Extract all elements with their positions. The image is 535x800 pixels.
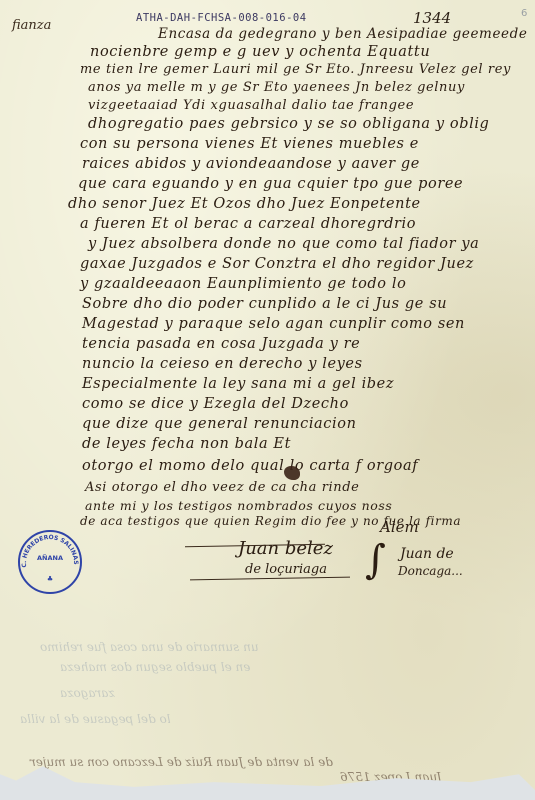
manuscript-line: nocienbre gemp e g uev y ochenta Equattu bbox=[90, 44, 430, 60]
manuscript-line: de leyes fecha non bala Et bbox=[82, 436, 291, 452]
manuscript-line: me tien lre gemer Lauri mil ge Sr Eto. J… bbox=[80, 62, 511, 77]
manuscript-line: dho senor Juez Et Ozos dho Juez Eonpeten… bbox=[68, 196, 421, 212]
bleed-through-text: zaragoza bbox=[60, 686, 115, 700]
ink-blot bbox=[284, 466, 300, 480]
margin-note: fianza bbox=[12, 18, 51, 33]
manuscript-line: gaxae Juzgados e Sor Conztra el dho regi… bbox=[80, 256, 474, 272]
manuscript-page: un sunnario de una cosa fue rehimo en el… bbox=[0, 0, 535, 790]
manuscript-line: Encasa da gedegrano y ben Aesipadiae gee… bbox=[158, 26, 527, 42]
manuscript-line: que cara eguando y en gua cquier tpo gue… bbox=[78, 176, 463, 192]
manuscript-line: otorgo el momo delo qual lo carta f orgo… bbox=[82, 458, 418, 474]
manuscript-line: dhogregatio paes gebrsico y se so obliga… bbox=[88, 116, 489, 132]
bleed-through-text: Juan Lopez 1576 bbox=[340, 770, 442, 784]
manuscript-line: Especialmente la ley sana mi a gel ibez bbox=[82, 376, 394, 392]
manuscript-line: Asi otorgo el dho veez de ca cha rinde bbox=[85, 480, 359, 495]
bleed-through-text: lo del pegasue de la villa bbox=[20, 712, 171, 726]
svg-text:C. HEREDEROS SALINAS: C. HEREDEROS SALINAS bbox=[21, 534, 79, 568]
manuscript-line: con su persona vienes Et vienes muebles … bbox=[80, 136, 419, 152]
manuscript-line: anos ya melle m y ge Sr Eto yaenees Jn b… bbox=[88, 80, 465, 95]
manuscript-line: vizgeetaaiad Ydi xguasalhal dalio tae fr… bbox=[88, 98, 414, 113]
manuscript-line: raices abidos y aviondeaandose y aaver g… bbox=[82, 156, 420, 172]
signature-flourish: Alem bbox=[380, 518, 419, 536]
club-icon: ♣ bbox=[20, 575, 80, 583]
signature-surname: de loçuriaga bbox=[245, 562, 327, 577]
bleed-through-text: en el pueblo segun dos maheza bbox=[60, 660, 250, 674]
folio-number: 1344 bbox=[413, 9, 451, 27]
signature-name: Juan de bbox=[400, 546, 454, 562]
manuscript-line: Sobre dho dio poder cunplido a le ci Jus… bbox=[82, 296, 447, 312]
bleed-through-text: de la venta de Juan Ruiz de Lezcano con … bbox=[30, 755, 333, 769]
notary-sign-flourish: ∫ bbox=[365, 540, 386, 580]
manuscript-line: Magestad y paraque selo agan cunplir com… bbox=[82, 316, 465, 332]
archive-reference: ATHA-DAH-FCHSA-008-016-04 bbox=[136, 12, 307, 24]
manuscript-line: y Juez absolbera donde no que como tal f… bbox=[88, 236, 479, 252]
signature-name: Juan belez bbox=[238, 538, 333, 559]
archive-stamp: C. HEREDEROS SALINAS AÑANA ♣ bbox=[18, 530, 82, 594]
signature-surname: Doncaga... bbox=[398, 564, 463, 578]
bleed-through-text: un sunnario de una cosa fue rehimo bbox=[40, 640, 259, 654]
stamp-center-text: AÑANA bbox=[20, 554, 80, 562]
stamp-ring-text-icon: C. HEREDEROS SALINAS bbox=[18, 530, 82, 594]
manuscript-line: que dize que general renunciacion bbox=[82, 416, 357, 432]
manuscript-line: a fueren Et ol berac a carzeal dhoregrdr… bbox=[80, 216, 416, 232]
page-number: 6 bbox=[521, 8, 527, 19]
manuscript-line: como se dice y Ezegla del Dzecho bbox=[82, 396, 349, 412]
manuscript-line: tencia pasada en cosa Juzgada y re bbox=[82, 336, 360, 352]
signature-rule bbox=[190, 577, 350, 581]
manuscript-line: ante mi y los testigos nombrados cuyos n… bbox=[85, 498, 392, 513]
manuscript-line: y gzaaldeeaaon Eaunplimiento ge todo lo bbox=[80, 276, 406, 292]
manuscript-line: nuncio la ceieso en derecho y leyes bbox=[82, 356, 363, 372]
